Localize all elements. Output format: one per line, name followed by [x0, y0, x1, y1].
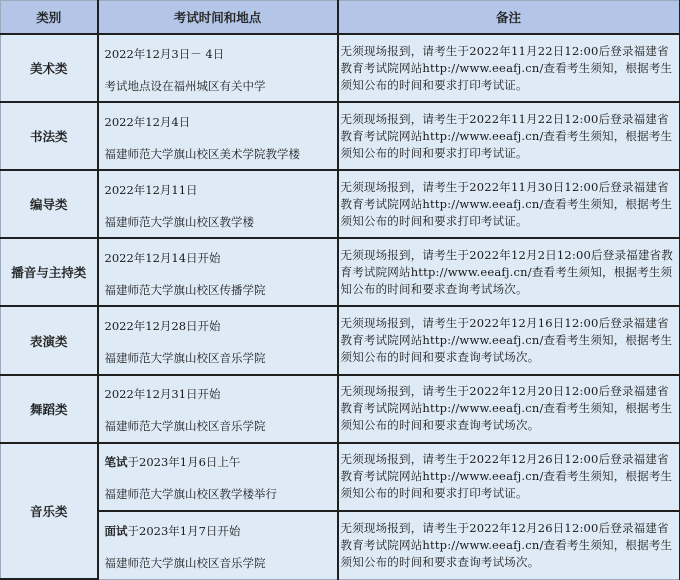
table-row: 舞蹈类 2022年12月31日开始 福建师范大学旗山校区音乐学院 无须现场报到，…: [1, 375, 680, 443]
header-remarks: 备注: [338, 1, 680, 35]
written-exam-label: 笔试: [105, 455, 128, 469]
category-cell: 播音与主持类: [1, 238, 98, 306]
exam-date: 2022年12月11日: [105, 179, 337, 215]
remark-cell: 无须现场报到，请考生于2022年12月2日12:00后登录福建省教育考试院网站h…: [338, 238, 680, 306]
exam-place: 福建师范大学旗山校区传播学院: [105, 283, 337, 298]
exam-schedule-table: 类别 考试时间和地点 备注 美术类 2022年12月3日－ 4日 考试地点设在福…: [0, 0, 680, 580]
time-place-cell: 笔试于2023年1月6日上午 福建师范大学旗山校区教学楼举行: [98, 443, 338, 511]
time-place-cell: 面试于2023年1月7日开始 福建师范大学旗山校区音乐学院: [98, 511, 338, 579]
exam-place: 考试地点设在福州城区有关中学: [105, 79, 337, 94]
exam-date: 2022年12月28日开始: [105, 315, 337, 351]
category-cell: 书法类: [1, 102, 98, 170]
exam-place: 福建师范大学旗山校区美术学院教学楼: [105, 147, 337, 162]
table-row-music-written: 音乐类 笔试于2023年1月6日上午 福建师范大学旗山校区教学楼举行 无须现场报…: [1, 443, 680, 511]
remark-cell: 无须现场报到，请考生于2022年12月20日12:00后登录福建省教育考试院网站…: [338, 375, 680, 443]
table-row-music-interview: 面试于2023年1月7日开始 福建师范大学旗山校区音乐学院 无须现场报到，请考生…: [1, 511, 680, 579]
category-cell: 舞蹈类: [1, 375, 98, 443]
exam-date: 笔试于2023年1月6日上午: [105, 451, 337, 487]
time-place-cell: 2022年12月31日开始 福建师范大学旗山校区音乐学院: [98, 375, 338, 443]
remark-cell: 无须现场报到，请考生于2022年11月22日12:00后登录福建省教育考试院网站…: [338, 102, 680, 170]
exam-place: 福建师范大学旗山校区音乐学院: [105, 351, 337, 366]
exam-place: 福建师范大学旗山校区教学楼举行: [105, 487, 337, 502]
time-place-cell: 2022年12月11日 福建师范大学旗山校区教学楼: [98, 170, 338, 238]
table-row: 编导类 2022年12月11日 福建师范大学旗山校区教学楼 无须现场报到，请考生…: [1, 170, 680, 238]
remark-cell: 无须现场报到，请考生于2022年11月22日12:00后登录福建省教育考试院网站…: [338, 34, 680, 102]
table-row: 播音与主持类 2022年12月14日开始 福建师范大学旗山校区传播学院 无须现场…: [1, 238, 680, 306]
time-place-cell: 2022年12月3日－ 4日 考试地点设在福州城区有关中学: [98, 34, 338, 102]
exam-place: 福建师范大学旗山校区音乐学院: [105, 419, 337, 434]
time-place-cell: 2022年12月4日 福建师范大学旗山校区美术学院教学楼: [98, 102, 338, 170]
table-row: 书法类 2022年12月4日 福建师范大学旗山校区美术学院教学楼 无须现场报到，…: [1, 102, 680, 170]
category-cell: 表演类: [1, 306, 98, 374]
remark-cell: 无须现场报到，请考生于2022年11月30日12:00后登录福建省教育考试院网站…: [338, 170, 680, 238]
written-exam-date: 于2023年1月6日上午: [128, 455, 241, 469]
remark-cell: 无须现场报到，请考生于2022年12月26日12:00后登录福建省教育考试院网站…: [338, 443, 680, 511]
time-place-cell: 2022年12月14日开始 福建师范大学旗山校区传播学院: [98, 238, 338, 306]
exam-place: 福建师范大学旗山校区教学楼: [105, 215, 337, 230]
category-cell: 美术类: [1, 34, 98, 102]
table-row: 表演类 2022年12月28日开始 福建师范大学旗山校区音乐学院 无须现场报到，…: [1, 306, 680, 374]
exam-date: 2022年12月3日－ 4日: [105, 43, 337, 79]
exam-date: 2022年12月4日: [105, 111, 337, 147]
header-time-place: 考试时间和地点: [98, 1, 338, 35]
category-cell: 音乐类: [1, 443, 98, 579]
time-place-cell: 2022年12月28日开始 福建师范大学旗山校区音乐学院: [98, 306, 338, 374]
header-category: 类别: [1, 1, 98, 35]
exam-place: 福建师范大学旗山校区音乐学院: [105, 556, 337, 571]
interview-date: 于2023年1月7日开始: [128, 524, 241, 538]
header-row: 类别 考试时间和地点 备注: [1, 1, 680, 35]
remark-cell: 无须现场报到，请考生于2022年12月16日12:00后登录福建省教育考试院网站…: [338, 306, 680, 374]
table-row: 美术类 2022年12月3日－ 4日 考试地点设在福州城区有关中学 无须现场报到…: [1, 34, 680, 102]
remark-cell: 无须现场报到，请考生于2022年12月26日12:00后登录福建省教育考试院网站…: [338, 511, 680, 579]
exam-date: 2022年12月14日开始: [105, 247, 337, 283]
interview-label: 面试: [105, 524, 128, 538]
category-cell: 编导类: [1, 170, 98, 238]
exam-date: 2022年12月31日开始: [105, 383, 337, 419]
exam-date: 面试于2023年1月7日开始: [105, 520, 337, 556]
